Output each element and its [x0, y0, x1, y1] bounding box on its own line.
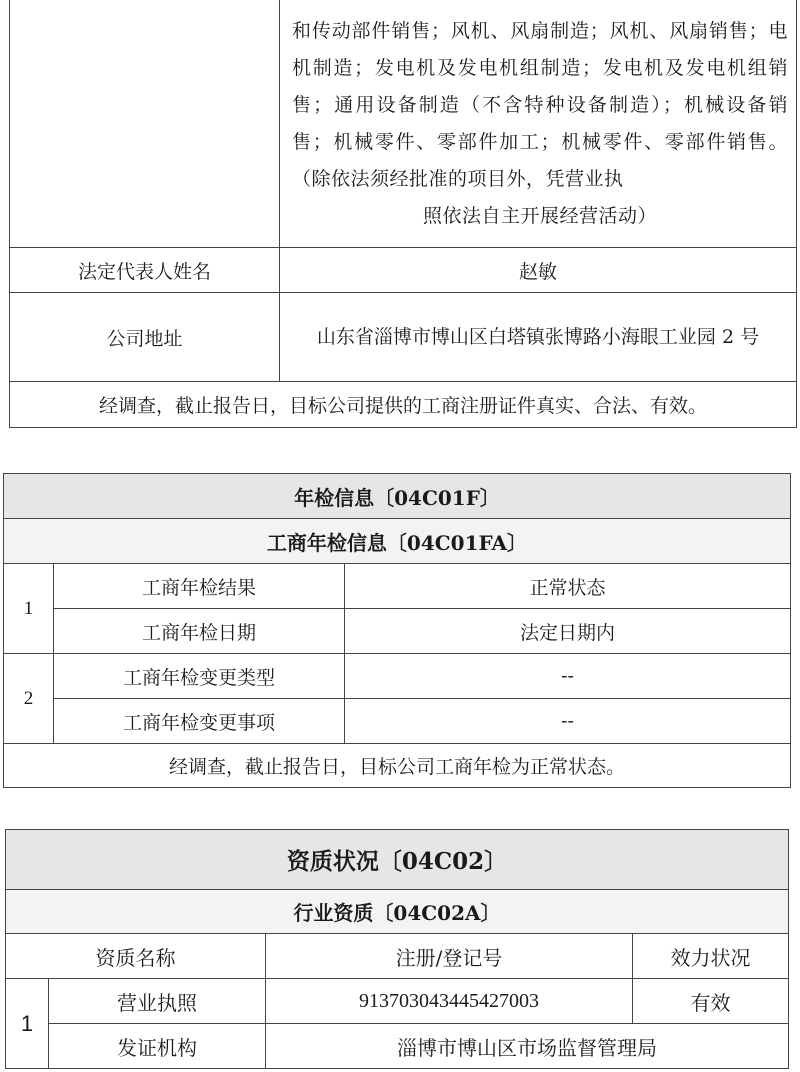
- address-value: 山东省淄博市博山区白塔镇张博路小海眼工业园 2 号: [280, 293, 797, 382]
- inspection-date-label: 工商年检日期: [54, 609, 345, 654]
- qualification-table: 资质状况〔04C02〕 行业资质〔04C02A〕 资质名称 注册/登记号 效力状…: [5, 829, 789, 1069]
- group-index: 2: [4, 654, 54, 744]
- registration-conclusion: 经调查，截止报告日，目标公司提供的工商注册证件真实、合法、有效。: [10, 382, 797, 428]
- business-scope-last-line: 照依法自主开展经营活动）: [292, 198, 788, 235]
- issuer-label: 发证机构: [49, 1024, 266, 1069]
- header-name: 资质名称: [6, 934, 266, 979]
- business-scope-text: 和传动部件销售；风机、风扇制造；风机、风扇销售；电机制造；发电机及发电机组制造；…: [292, 20, 788, 190]
- address-label: 公司地址: [10, 293, 280, 382]
- validity-status: 有效: [633, 979, 789, 1024]
- legal-rep-value: 赵敏: [280, 248, 797, 293]
- change-type-label: 工商年检变更类型: [54, 654, 345, 699]
- company-info-table: 和传动部件销售；风机、风扇制造；风机、风扇销售；电机制造；发电机及发电机组制造；…: [9, 0, 797, 428]
- qualification-subtitle: 行业资质〔04C02A〕: [6, 890, 789, 934]
- legal-rep-label: 法定代表人姓名: [10, 248, 280, 293]
- change-item-value: --: [345, 699, 791, 744]
- registration-number: 913703043445427003: [266, 979, 633, 1024]
- business-scope-value: 和传动部件销售；风机、风扇制造；风机、风扇销售；电机制造；发电机及发电机组制造；…: [280, 0, 797, 248]
- inspection-result-value: 正常状态: [345, 564, 791, 609]
- annual-inspection-subtitle: 工商年检信息〔04C01FA〕: [4, 519, 791, 564]
- change-item-label: 工商年检变更事项: [54, 699, 345, 744]
- header-status: 效力状况: [633, 934, 789, 979]
- annual-inspection-title: 年检信息〔04C01F〕: [4, 474, 791, 519]
- inspection-result-label: 工商年检结果: [54, 564, 345, 609]
- inspection-date-value: 法定日期内: [345, 609, 791, 654]
- business-scope-label-cell: [10, 0, 280, 248]
- annual-inspection-table: 年检信息〔04C01F〕 工商年检信息〔04C01FA〕 1 工商年检结果 正常…: [3, 473, 791, 788]
- change-type-value: --: [345, 654, 791, 699]
- inspection-conclusion: 经调查，截止报告日，目标公司工商年检为正常状态。: [4, 744, 791, 788]
- group-index: 1: [4, 564, 54, 654]
- header-reg-no: 注册/登记号: [266, 934, 633, 979]
- qualification-title: 资质状况〔04C02〕: [6, 830, 789, 890]
- qualification-name: 营业执照: [49, 979, 266, 1024]
- item-index: 1: [6, 979, 49, 1069]
- issuer-value: 淄博市博山区市场监督管理局: [266, 1024, 789, 1069]
